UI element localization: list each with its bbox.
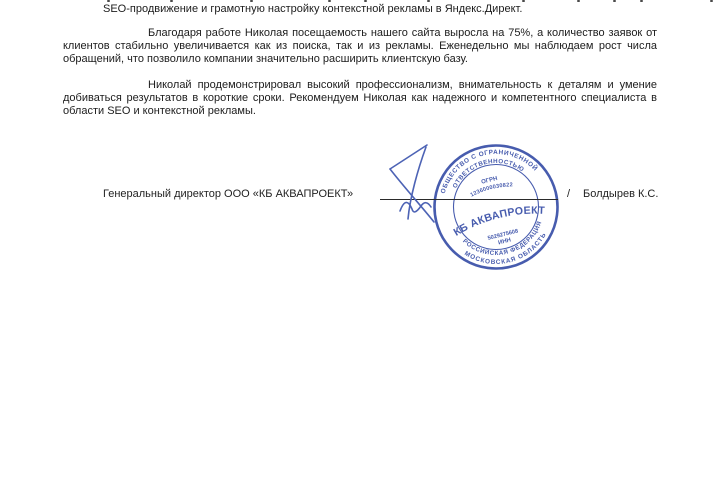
paragraph-results: Благодаря работе Николая посещаемость на…	[63, 27, 657, 66]
clipped-text-fragment	[577, 0, 580, 2]
clipped-text-fragment	[613, 0, 616, 2]
clipped-text-fragment	[250, 0, 253, 2]
clipped-text-fragment	[364, 0, 367, 2]
handwritten-signature	[370, 135, 490, 235]
signature-separator: /	[567, 188, 570, 200]
clipped-text-fragment	[107, 0, 110, 2]
clipped-text-fragment	[328, 0, 331, 2]
paragraph-recommendation: Николай продемонстрировал высокий профес…	[63, 79, 657, 118]
clipped-text-fragment	[710, 0, 713, 2]
paragraph-seo-continuation: SEO-продвижение и грамотную настройку ко…	[103, 3, 663, 16]
letter-page: SEO-продвижение и грамотную настройку ко…	[0, 0, 720, 480]
signer-name: Болдырев К.С.	[583, 188, 658, 200]
clipped-text-fragment	[640, 0, 643, 2]
clipped-text-fragment	[522, 0, 525, 2]
director-title: Генеральный директор ООО «КБ АКВАПРОЕКТ»	[103, 188, 353, 200]
clipped-text-fragment	[427, 0, 430, 2]
clipped-text-fragment	[170, 0, 173, 2]
